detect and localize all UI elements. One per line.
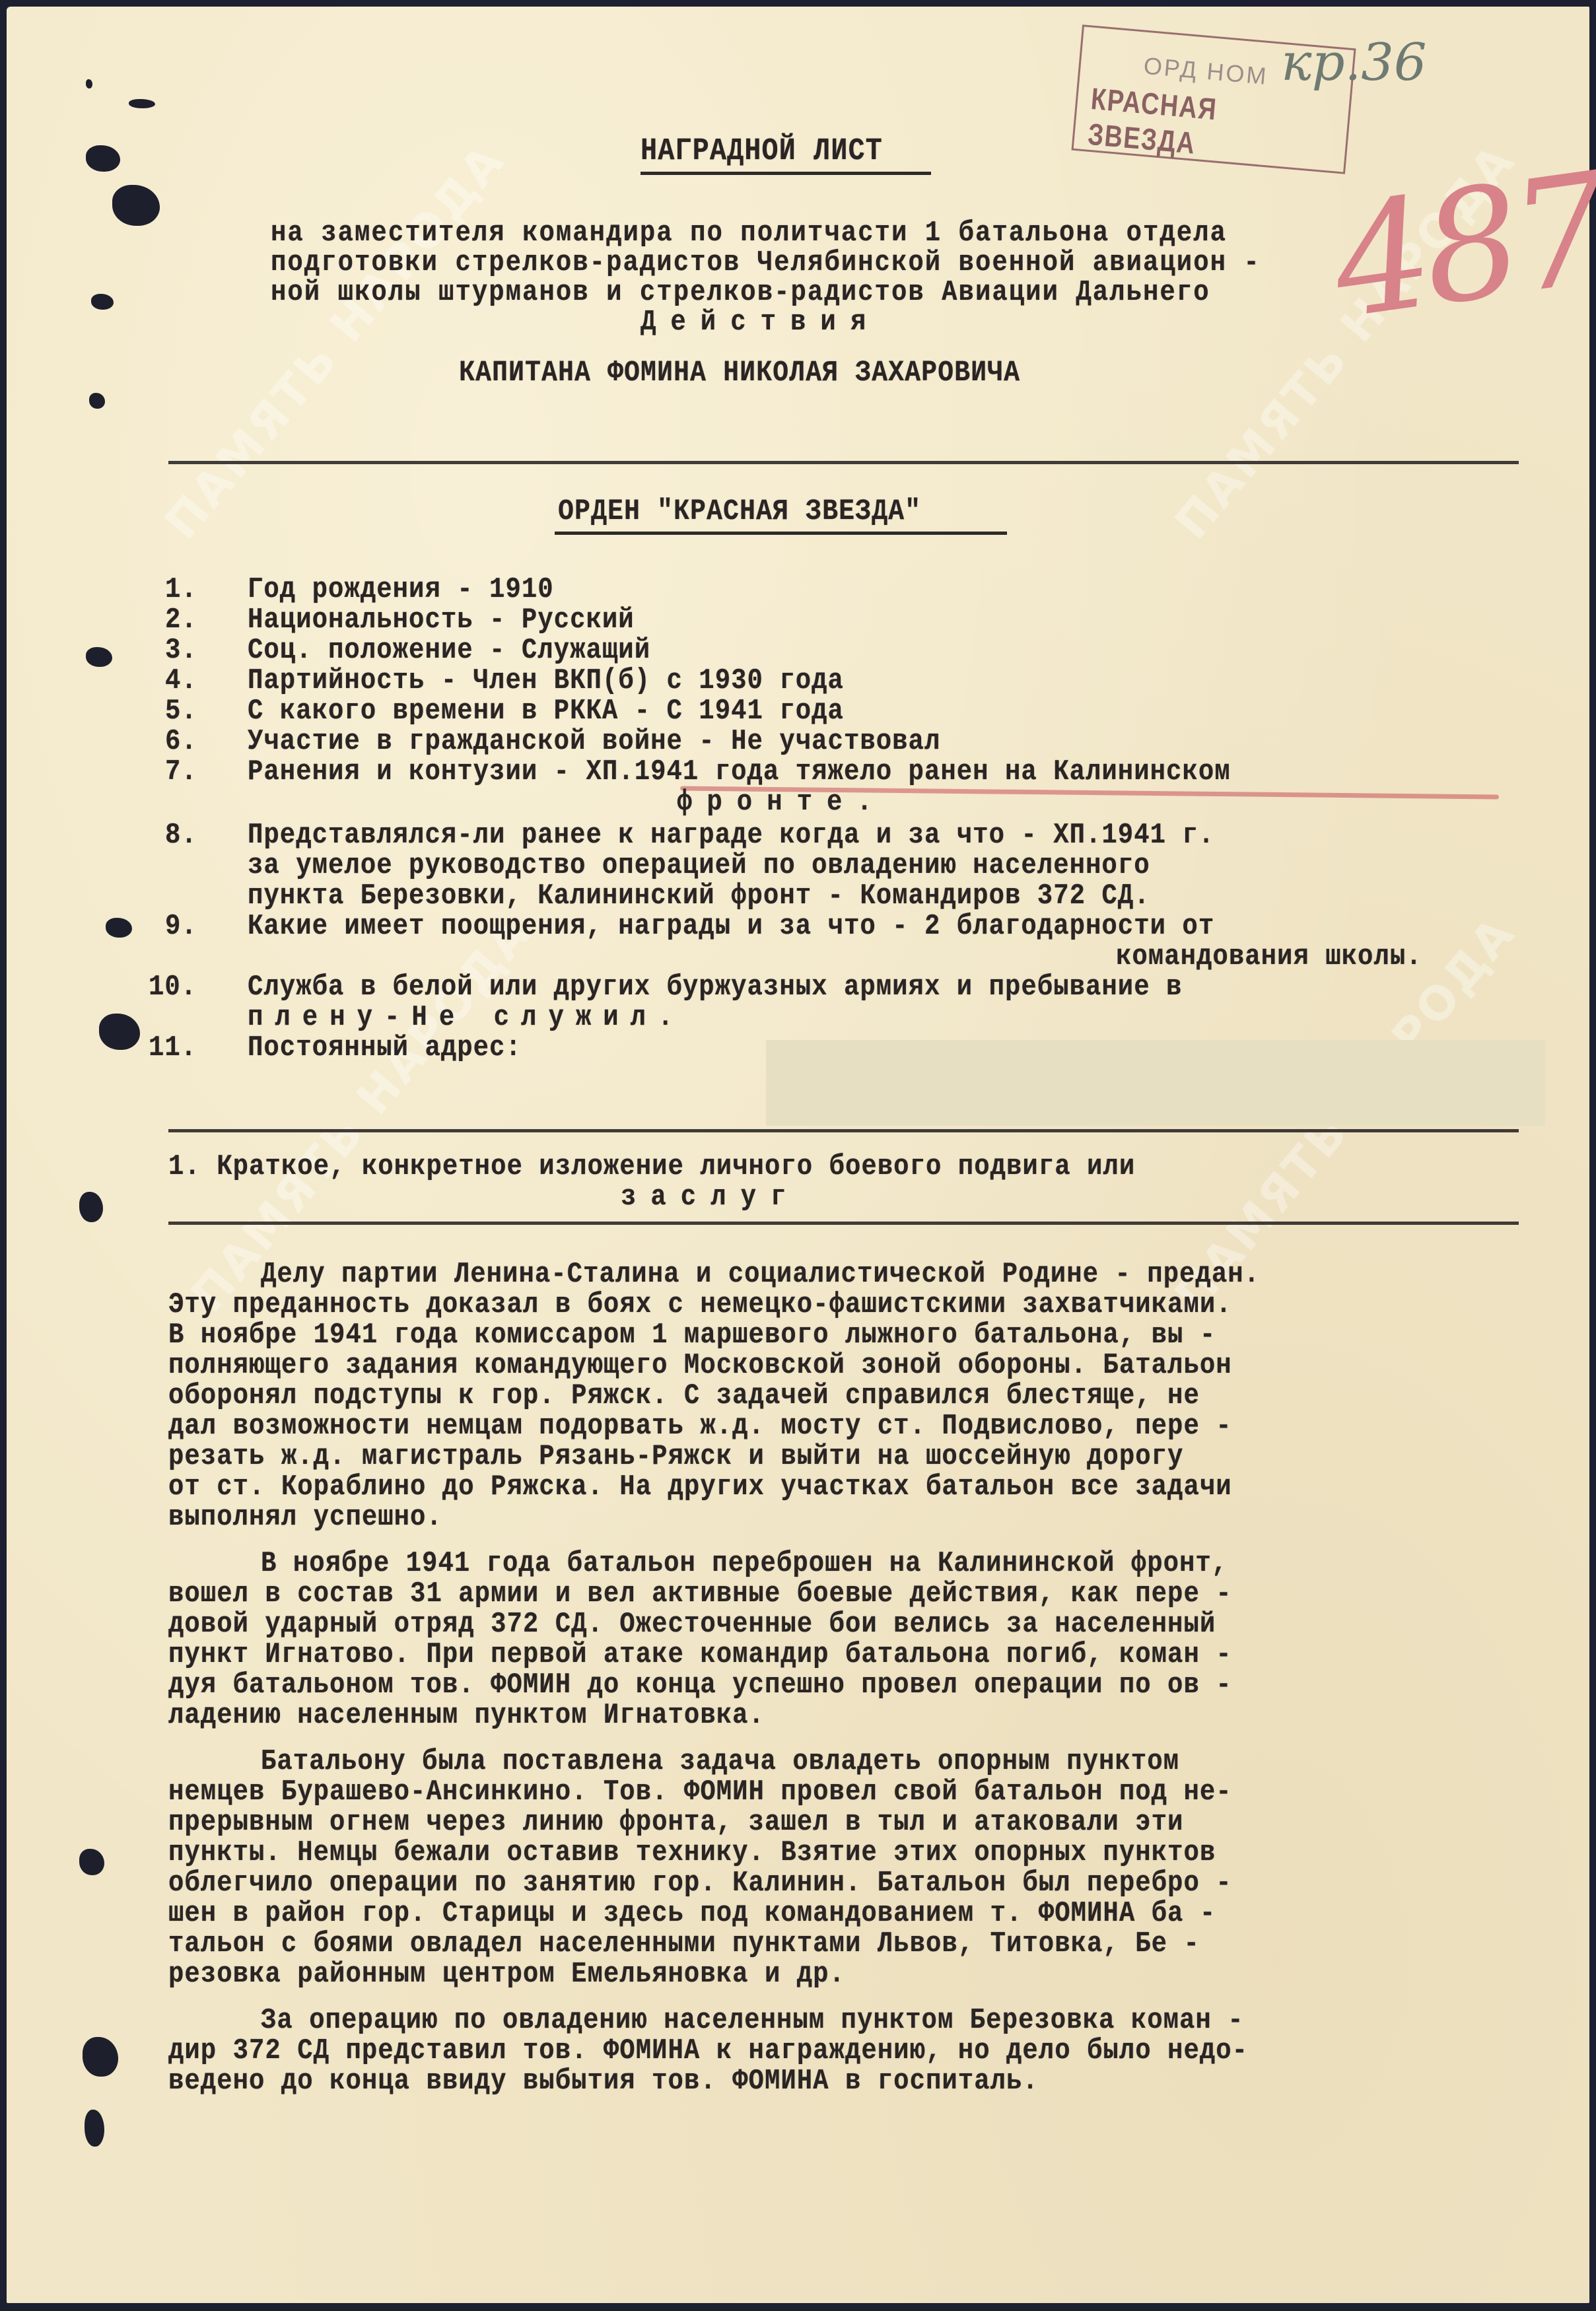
stamp-line2: КРАСНАЯ ЗВЕЗДА xyxy=(1086,81,1303,170)
item-number: 3. xyxy=(165,634,197,666)
section-title: заслуг xyxy=(621,1181,800,1213)
item-text: за умелое руководство операцией по овлад… xyxy=(248,849,1150,881)
separator xyxy=(168,1222,1519,1225)
item-text: Какие имеет поощрения, награды и за что … xyxy=(248,910,1214,942)
item-text: С какого времени в РККА - С 1941 года xyxy=(248,695,844,727)
narrative-line: дал возможности немцам подорвать ж.д. мо… xyxy=(168,1410,1232,1442)
subject-line: на заместителя командира по политчасти 1… xyxy=(271,217,1227,249)
narrative-line: полняющего задания командующего Московск… xyxy=(168,1349,1232,1381)
redacted-address xyxy=(766,1040,1545,1126)
punch-hole xyxy=(79,1192,103,1222)
item-text: Национальность - Русский xyxy=(248,604,635,636)
document-title: НАГРАДНОЙ ЛИСТ xyxy=(641,133,883,169)
person-name: КАПИТАНА ФОМИНА НИКОЛАЯ ЗАХАРОВИЧА xyxy=(459,357,1020,390)
narrative-line: Делу партии Ленина-Сталина и социалистич… xyxy=(261,1258,1260,1290)
narrative-line: дир 372 СД представил тов. ФОМИНА к нагр… xyxy=(168,2034,1248,2067)
narrative-line: от ст. Кораблино до Ряжска. На других уч… xyxy=(168,1470,1232,1503)
item-text: фронте. xyxy=(677,786,887,818)
narrative-line: шен в район гор. Старицы и здесь под ком… xyxy=(168,1897,1216,1929)
separator xyxy=(168,461,1519,464)
item-number: 1. xyxy=(165,573,197,605)
item-text: Партийность - Член ВКП(б) с 1930 года xyxy=(248,664,844,697)
punch-hole xyxy=(86,79,92,88)
punch-hole xyxy=(91,294,114,310)
item-text: пункта Березовки, Калининский фронт - Ко… xyxy=(248,880,1150,912)
item-text: Служба в белой или других буржуазных арм… xyxy=(248,971,1182,1003)
punch-hole xyxy=(99,1014,140,1050)
watermark: ПАМЯТЬ НАРОДА xyxy=(156,135,513,547)
narrative-line: довой ударный отряд 372 СД. Ожесточенные… xyxy=(168,1608,1216,1640)
order-name: ОРДЕН "КРАСНАЯ ЗВЕЗДА" xyxy=(558,495,921,528)
item-text: плену-Не служил. xyxy=(248,1001,685,1033)
narrative-line: резать ж.д. магистраль Рязань-Ряжск и вы… xyxy=(168,1440,1183,1472)
narrative-line: В ноябре 1941 года батальон переброшен н… xyxy=(261,1547,1228,1579)
narrative-line: Эту преданность доказал в боях с немецко… xyxy=(168,1288,1232,1321)
item-text: командования школы. xyxy=(1116,940,1422,973)
punch-hole xyxy=(112,185,160,226)
narrative-line: пункты. Немцы бежали оставив технику. Вз… xyxy=(168,1836,1216,1869)
narrative-line: оборонял подступы к гор. Ряжск. С задаче… xyxy=(168,1379,1200,1412)
narrative-line: дуя батальоном тов. ФОМИН до конца успеш… xyxy=(168,1669,1232,1701)
item-text: Год рождения - 1910 xyxy=(248,573,554,605)
narrative-line: За операцию по овладению населенным пунк… xyxy=(261,2004,1244,2036)
punch-hole xyxy=(85,2110,104,2147)
punch-hole xyxy=(86,145,120,172)
narrative-line: тальон с боями овладел населенными пункт… xyxy=(168,1927,1200,1960)
item-number: 10. xyxy=(149,971,197,1003)
item-number: 11. xyxy=(149,1031,197,1064)
item-text: Постоянный адрес: xyxy=(248,1031,522,1064)
punch-hole xyxy=(89,393,105,409)
narrative-line: пункт Игнатово. При первой атаке команди… xyxy=(168,1638,1232,1671)
punch-hole xyxy=(129,99,155,108)
section-title: 1. Краткое, конкретное изложение личного… xyxy=(168,1150,1135,1183)
item-number: 9. xyxy=(165,910,197,942)
item-text: Соц. положение - Служащий xyxy=(248,634,650,666)
narrative-line: вошел в состав 31 армии и вел активные б… xyxy=(168,1577,1232,1610)
narrative-line: ведено до конца ввиду выбытия тов. ФОМИН… xyxy=(168,2065,1039,2097)
title-underline xyxy=(641,172,931,175)
item-text: Ранения и контузии - ХП.1941 года тяжело… xyxy=(248,755,1231,788)
narrative-line: резовка районным центром Емельяновка и д… xyxy=(168,1958,845,1990)
item-number: 8. xyxy=(165,819,197,851)
item-number: 2. xyxy=(165,604,197,636)
item-text: Представлялся-ли ранее к награде когда и… xyxy=(248,819,1214,851)
punch-hole xyxy=(106,918,132,938)
separator xyxy=(168,1129,1519,1132)
handwritten-red-number: 487 xyxy=(1323,141,1596,353)
narrative-line: В ноябре 1941 года комиссаром 1 маршевог… xyxy=(168,1319,1216,1351)
item-number: 4. xyxy=(165,664,197,697)
handwritten-page-note: кр.36 xyxy=(1281,33,1427,92)
subject-line: ной школы штурманов и стрелков-радистов … xyxy=(271,276,1210,308)
subject-line: Действия xyxy=(641,306,880,338)
item-number: 6. xyxy=(165,725,197,757)
punch-hole xyxy=(79,1849,104,1875)
narrative-line: ладению населенным пунктом Игнатовка. xyxy=(168,1699,765,1731)
punch-hole xyxy=(83,2037,118,2077)
item-number: 7. xyxy=(165,755,197,788)
subject-line: подготовки стрелков-радистов Челябинской… xyxy=(271,246,1261,279)
award-sheet-page: ПАМЯТЬ НАРОДА ПАМЯТЬ НАРОДА ПАМЯТЬ НАРОД… xyxy=(7,7,1589,2303)
narrative-line: немцев Бурашево-Ансинкино. Тов. ФОМИН пр… xyxy=(168,1776,1232,1808)
item-number: 5. xyxy=(165,695,197,727)
narrative-line: Батальону была поставлена задача овладет… xyxy=(261,1745,1179,1777)
punch-hole xyxy=(86,647,112,667)
stamp-line1: ОРД НОМ xyxy=(1142,52,1269,90)
narrative-line: выполнял успешно. xyxy=(168,1501,442,1533)
narrative-line: прерывным огнем через линию фронта, заше… xyxy=(168,1806,1183,1838)
narrative-line: облегчило операции по занятию гор. Калин… xyxy=(168,1867,1232,1899)
order-underline xyxy=(555,532,1007,535)
item-text: Участие в гражданской войне - Не участво… xyxy=(248,725,940,757)
